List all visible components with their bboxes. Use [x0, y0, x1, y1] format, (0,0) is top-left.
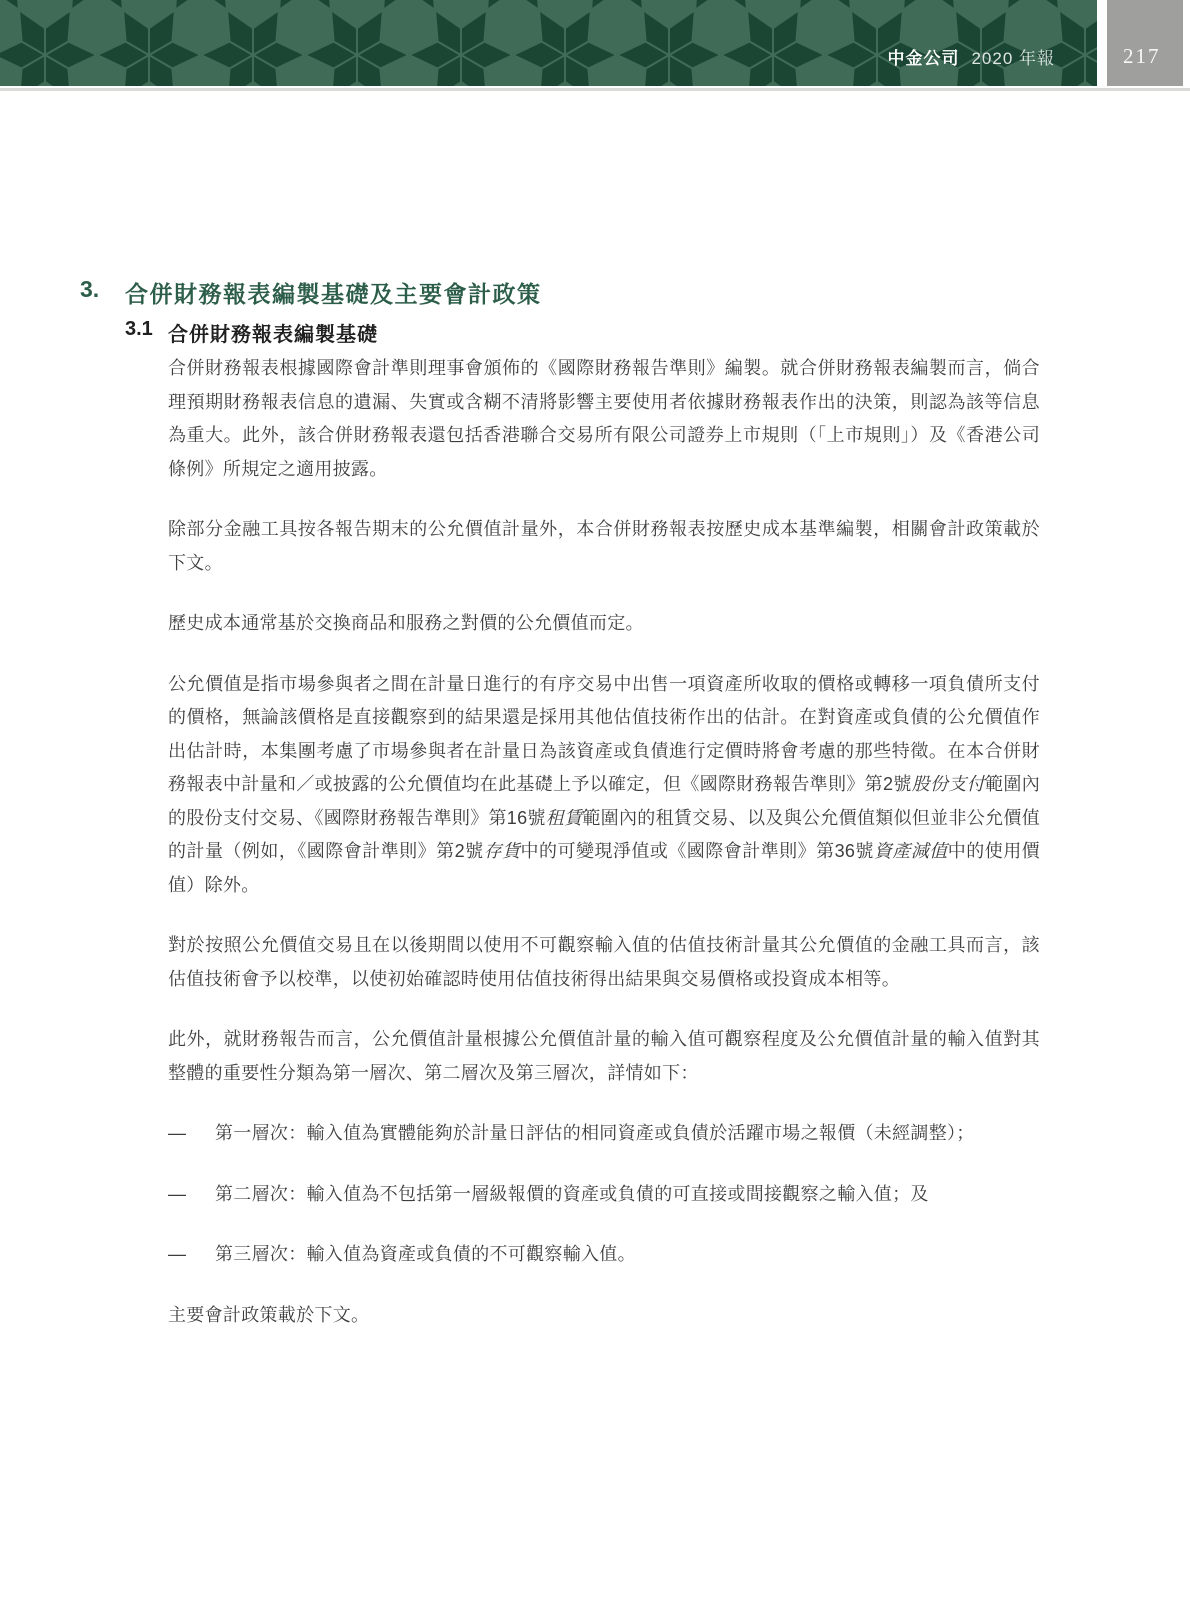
- header-band: 中金公司 2020 年報: [0, 0, 1097, 86]
- section-number: 3.: [80, 276, 125, 309]
- text-runs: 第二層次：輸入值為不包括第一層級報價的資產或負債的可直接或間接觀察之輸入值；及: [215, 1178, 1040, 1212]
- list-dash: —: [168, 1238, 215, 1272]
- report-year-label: 2020 年報: [971, 44, 1055, 69]
- body-content: 合併財務報表根據國際會計準則理事會頒佈的《國際財務報告準則》編製。就合併財務報表…: [168, 352, 1040, 1332]
- list-item: —第一層次：輸入值為實體能夠於計量日評估的相同資產或負債於活躍市場之報價（未經調…: [168, 1117, 1040, 1151]
- text-runs: 對於按照公允價值交易且在以後期間以使用不可觀察輸入值的估值技術計量其公允價值的金…: [168, 935, 1040, 989]
- paragraph: 主要會計政策載於下文。: [168, 1299, 1040, 1333]
- text-runs: 除部分金融工具按各報告期末的公允價值計量外，本合併財務報表按歷史成本基準編製，相…: [168, 519, 1040, 573]
- paragraph: 對於按照公允價值交易且在以後期間以使用不可觀察輸入值的估值技術計量其公允價值的金…: [168, 929, 1040, 996]
- text-runs: 主要會計政策載於下文。: [168, 1305, 369, 1325]
- text-runs: 公允價值是指市場參與者之間在計量日進行的有序交易中出售一項資產所收取的價格或轉移…: [168, 674, 1040, 895]
- paragraph: 此外，就財務報告而言，公允價值計量根據公允價值計量的輸入值可觀察程度及公允價值計…: [168, 1023, 1040, 1090]
- text-runs: 第一層次：輸入值為實體能夠於計量日評估的相同資產或負債於活躍市場之報價（未經調整…: [215, 1117, 1040, 1151]
- list-item: —第二層次：輸入值為不包括第一層級報價的資產或負債的可直接或間接觀察之輸入值；及: [168, 1178, 1040, 1212]
- report-page: 中金公司 2020 年報 217 3. 合併財務報表編製基礎及主要會計政策 3.…: [0, 0, 1190, 1615]
- page-number: 217: [1123, 44, 1161, 69]
- paragraph: 公允價值是指市場參與者之間在計量日進行的有序交易中出售一項資產所收取的價格或轉移…: [168, 668, 1040, 903]
- header-title: 中金公司 2020 年報: [0, 13, 1097, 99]
- paragraph: 合併財務報表根據國際會計準則理事會頒佈的《國際財務報告準則》編製。就合併財務報表…: [168, 352, 1040, 486]
- subsection-heading: 3.1 合併財務報表編製基礎: [125, 318, 378, 347]
- text-runs: 第三層次：輸入值為資產或負債的不可觀察輸入值。: [215, 1238, 1040, 1272]
- paragraph: 除部分金融工具按各報告期末的公允價值計量外，本合併財務報表按歷史成本基準編製，相…: [168, 513, 1040, 580]
- text-runs: 此外，就財務報告而言，公允價值計量根據公允價值計量的輸入值可觀察程度及公允價值計…: [168, 1029, 1040, 1083]
- subsection-number: 3.1: [125, 318, 168, 347]
- text-runs: 合併財務報表根據國際會計準則理事會頒佈的《國際財務報告準則》編製。就合併財務報表…: [168, 358, 1040, 479]
- text-runs: 歷史成本通常基於交換商品和服務之對價的公允價值而定。: [168, 613, 644, 633]
- list-dash: —: [168, 1178, 215, 1212]
- section-title: 合併財務報表編製基礎及主要會計政策: [125, 276, 542, 309]
- subsection-title: 合併財務報表編製基礎: [168, 318, 378, 347]
- header-divider: [0, 88, 1190, 91]
- company-name: 中金公司: [887, 44, 959, 69]
- list-dash: —: [168, 1117, 215, 1151]
- page-number-box: 217: [1107, 0, 1183, 86]
- paragraph: 歷史成本通常基於交換商品和服務之對價的公允價值而定。: [168, 607, 1040, 641]
- list-item: —第三層次：輸入值為資產或負債的不可觀察輸入值。: [168, 1238, 1040, 1272]
- section-heading: 3. 合併財務報表編製基礎及主要會計政策: [80, 276, 542, 309]
